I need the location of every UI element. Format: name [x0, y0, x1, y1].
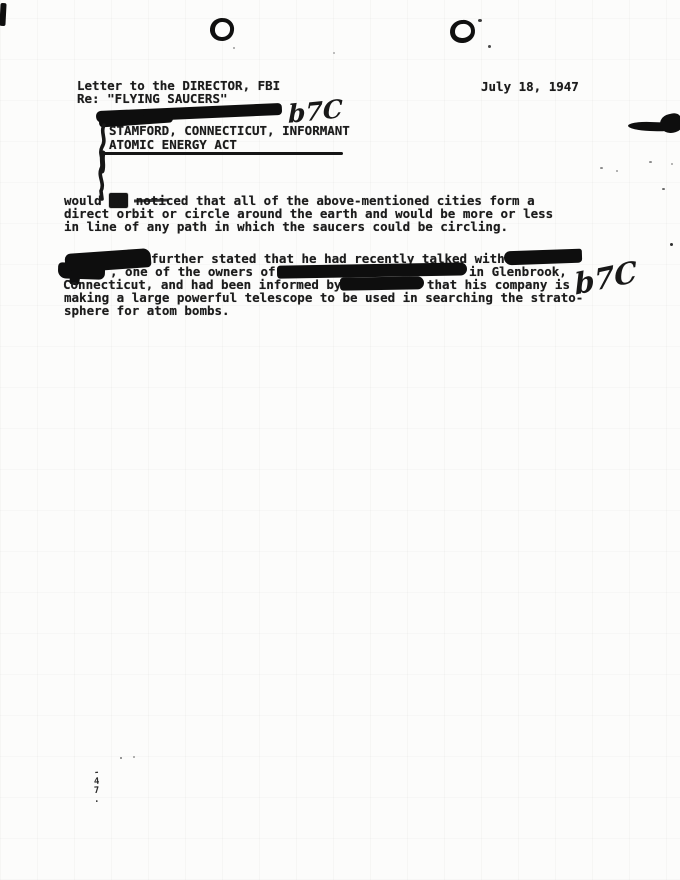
- redaction-bar: [340, 276, 424, 290]
- act-underline: [103, 152, 343, 155]
- scan-edge-mark: [0, 3, 7, 26]
- scan-speck: [133, 756, 135, 758]
- margin-bracket-mark: [95, 123, 111, 201]
- subject-line: Re: "FLYING SAUCERS": [77, 92, 228, 105]
- informant-line: STAMFORD, CONNECTICUT, INFORMANT: [109, 124, 350, 137]
- pencil-mark: .: [94, 796, 100, 805]
- scan-speck: [649, 161, 652, 163]
- body-line: in line of any path in which the saucers…: [64, 220, 508, 233]
- scan-speck: [333, 52, 335, 54]
- scanned-document-page: Letter to the DIRECTOR, FBI July 18, 194…: [0, 0, 680, 880]
- exemption-code-annotation: b7C: [573, 254, 638, 301]
- scan-speck: [120, 757, 122, 759]
- scan-speck: [662, 188, 665, 190]
- margin-pencil-marks: - 4 7 .: [94, 769, 99, 805]
- scan-speck: [616, 170, 618, 172]
- scan-speck: [600, 167, 603, 169]
- date-line: July 18, 1947: [481, 80, 579, 93]
- scan-speck: [671, 163, 673, 165]
- act-line: ATOMIC ENERGY ACT: [109, 138, 237, 151]
- scan-speck: [478, 19, 482, 22]
- punch-hole-left: [209, 17, 235, 42]
- body-line: sphere for atom bombs.: [64, 304, 230, 317]
- scan-speck: [670, 243, 673, 246]
- scan-speck: [488, 45, 491, 48]
- scan-speck: [233, 47, 235, 49]
- punch-hole-right: [449, 19, 476, 44]
- redaction-bar: [504, 249, 582, 266]
- scan-smudge-right-knob: [658, 112, 680, 136]
